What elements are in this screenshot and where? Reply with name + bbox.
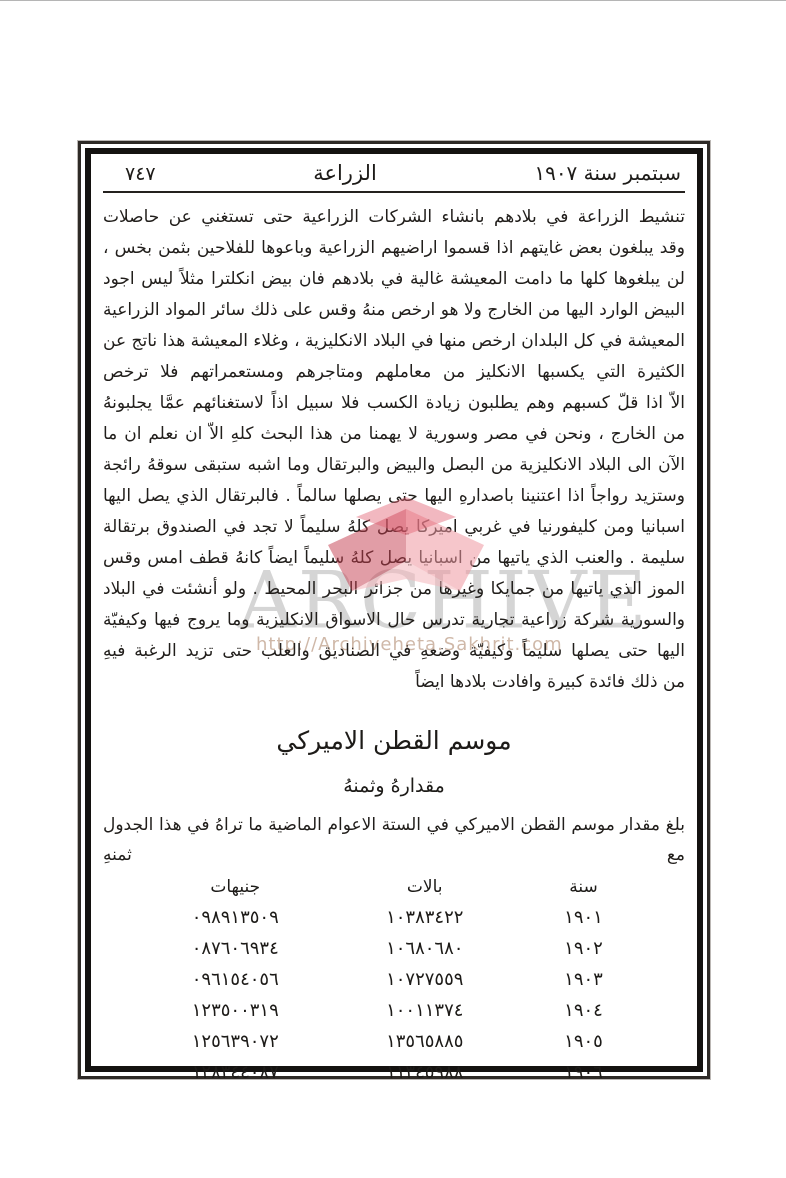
body-line: وستزيد رواجاً اذا اعتنينا باصدارهِ اليها… — [103, 481, 685, 512]
pounds-cell: ٠٨٧٦٠٦٩٣٤ — [138, 933, 333, 964]
table-header-row: سنة بالات جنيهات — [138, 872, 650, 902]
bales-cell: ١٠٦٨٠٦٨٠ — [333, 933, 517, 964]
page-border-frame: سبتمبر سنة ١٩٠٧ الزراعة ٧٤٧ تنشيط الزراع… — [78, 141, 710, 1079]
column-header-year: سنة — [517, 872, 650, 902]
bales-cell: ١٣٥٦٥٨٨٥ — [333, 1026, 517, 1057]
body-line: سليمة . والعنب الذي ياتيها من اسبانيا يص… — [103, 543, 685, 574]
pounds-cell: ١٢٣٥٠٠٣١٩ — [138, 995, 333, 1026]
page-number: ٧٤٧ — [107, 163, 156, 185]
body-line: لن يبلغوها كلها ما دامت المعيشة غالية في… — [103, 264, 685, 295]
body-line: الكثيرة التي يكسبها الانكليز من معاملهم … — [103, 357, 685, 388]
table-row: ١٩٠٥ ١٣٥٦٥٨٨٥ ١٢٥٦٣٩٠٧٢ — [138, 1026, 650, 1057]
bales-cell: ١٠٣٨٣٤٢٢ — [333, 902, 517, 933]
scanned-page: ARCHIVE http://Archiveheta.Sakhrit.com س… — [0, 1, 786, 1178]
year-cell: ١٩٠٥ — [517, 1026, 650, 1057]
body-line: والسورية شركة زراعية تجارية تدرس حال الا… — [103, 605, 685, 636]
body-line: اسبانيا ومن كليفورنيا في غربي اميركا يصل… — [103, 512, 685, 543]
bales-cell: ١٠٠١١٣٧٤ — [333, 995, 517, 1026]
body-line: المعيشة في كل البلدان ارخص منها في البلا… — [103, 326, 685, 357]
page-header: سبتمبر سنة ١٩٠٧ الزراعة ٧٤٧ — [103, 154, 685, 193]
body-line: من الخارج ، ونحن في مصر وسورية لا يهمنا … — [103, 419, 685, 450]
column-header-bales: بالات — [333, 872, 517, 902]
journal-title: الزراعة — [313, 161, 377, 185]
year-cell: ١٩٠٣ — [517, 964, 650, 995]
article-body: تنشيط الزراعة في بلادهم بانشاء الشركات ا… — [103, 202, 685, 698]
column-header-pounds: جنيهات — [138, 872, 333, 902]
year-cell: ١٩٠٤ — [517, 995, 650, 1026]
body-line: تنشيط الزراعة في بلادهم بانشاء الشركات ا… — [103, 202, 685, 233]
body-line: البيض الوارد اليها من الخارج ولا هو ارخص… — [103, 295, 685, 326]
body-line: من ذلك فائدة كبيرة وافادت بلادها ايضاً — [103, 667, 685, 698]
page-content-area: سبتمبر سنة ١٩٠٧ الزراعة ٧٤٧ تنشيط الزراع… — [85, 148, 703, 1072]
pounds-cell: ٠٩٦١٥٤٠٥٦ — [138, 964, 333, 995]
body-line: الموز الذي ياتيها من جمايكا وغيرها من جز… — [103, 574, 685, 605]
pounds-cell: ٠٩٨٩١٣٥٠٩ — [138, 902, 333, 933]
bales-cell: ١١٣٤٥٩٨٨ — [333, 1057, 517, 1088]
body-line: وقد يبلغون بعض غايتهم اذا قسموا اراضيهم … — [103, 233, 685, 264]
pounds-cell: ١٢٨٣٤٤٠٨٧ — [138, 1057, 333, 1088]
year-cell: ١٩٠١ — [517, 902, 650, 933]
body-line: الآن الى البلاد الانكليزية من البصل والب… — [103, 450, 685, 481]
body-line: الاّ اذا قلّ كسبهم وهم يطلبون زيادة الكس… — [103, 388, 685, 419]
table-intro-line: بلغ مقدار موسم القطن الاميركي في الستة ا… — [103, 810, 685, 870]
year-cell: ١٩٠٢ — [517, 933, 650, 964]
section-title: موسم القطن الاميركي — [103, 722, 685, 760]
table-row: ١٩٠٣ ١٠٧٢٧٥٥٩ ٠٩٦١٥٤٠٥٦ — [138, 964, 650, 995]
cotton-season-table: سنة بالات جنيهات ١٩٠١ ١٠٣٨٣٤٢٢ ٠٩٨٩١٣٥٠٩… — [138, 872, 650, 1088]
issue-date: سبتمبر سنة ١٩٠٧ — [534, 161, 681, 185]
table-row: ١٩٠٤ ١٠٠١١٣٧٤ ١٢٣٥٠٠٣١٩ — [138, 995, 650, 1026]
section-subtitle: مقدارهُ وثمنهُ — [103, 772, 685, 800]
pounds-cell: ١٢٥٦٣٩٠٧٢ — [138, 1026, 333, 1057]
table-row: ١٩٠١ ١٠٣٨٣٤٢٢ ٠٩٨٩١٣٥٠٩ — [138, 902, 650, 933]
table-row: ١٩٠٦ ١١٣٤٥٩٨٨ ١٢٨٣٤٤٠٨٧ — [138, 1057, 650, 1088]
body-line: اليها حتى يصلها سليماً وكيفيّة وضعهِ في … — [103, 636, 685, 667]
table-row: ١٩٠٢ ١٠٦٨٠٦٨٠ ٠٨٧٦٠٦٩٣٤ — [138, 933, 650, 964]
year-cell: ١٩٠٦ — [517, 1057, 650, 1088]
bales-cell: ١٠٧٢٧٥٥٩ — [333, 964, 517, 995]
